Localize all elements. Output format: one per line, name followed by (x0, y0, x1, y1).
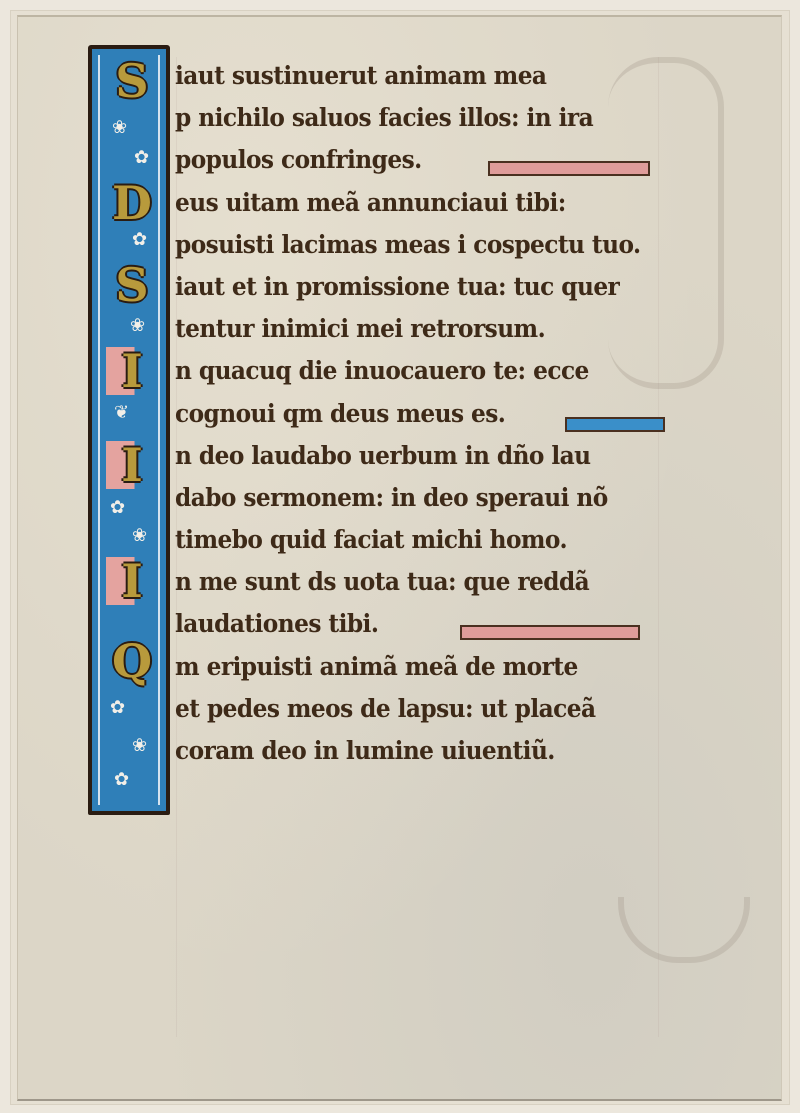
text-line: posuisti lacimas meas i cospectu tuo. (175, 224, 640, 266)
text-line: timebo quid faciat michi homo. (175, 519, 640, 561)
white-vine-ornament-icon: ❀ (132, 527, 147, 545)
line-filler-pink (488, 161, 650, 176)
text-line: eus uitam meã annunciaui tibi: (175, 182, 640, 224)
line-filler-blue (565, 417, 665, 432)
white-vine-ornament-icon: ✿ (134, 149, 149, 167)
gold-initial-s: S (106, 57, 158, 105)
text-line: iaut sustinuerut animam mea (175, 55, 640, 97)
gold-initial-i: I (106, 347, 158, 395)
white-rule-line (158, 55, 160, 805)
white-rule-line (98, 55, 100, 805)
text-line: coram deo in lumine uiuentiũ. (175, 730, 640, 772)
text-line: dabo sermonem: in deo speraui nõ (175, 477, 640, 519)
text-line: n deo laudabo uerbum in dño lau (175, 435, 640, 477)
white-vine-ornament-icon: ✿ (132, 231, 147, 249)
white-vine-ornament-icon: ✿ (110, 499, 125, 517)
text-line: m eripuisti animã meã de morte (175, 646, 640, 688)
text-line: p nichilo saluos facies illos: in ira (175, 97, 640, 139)
white-vine-ornament-icon: ✿ (114, 771, 129, 789)
gold-initial-i: I (106, 557, 158, 605)
illuminated-initials-border: S ❀ ✿ D ✿ S ❀ I ❦ I ✿ ❀ I Q ✿ ❀ ✿ (88, 45, 170, 815)
text-line: et pedes meos de lapsu: ut placeã (175, 688, 640, 730)
white-vine-ornament-icon: ✿ (110, 699, 125, 717)
text-line: iaut et in promissione tua: tuc quer (175, 266, 640, 308)
gold-initial-q: Q (106, 637, 158, 685)
white-vine-ornament-icon: ❀ (130, 317, 145, 335)
show-through-mark (618, 897, 750, 963)
line-filler-pink (460, 625, 640, 640)
gold-initial-i: I (106, 441, 158, 489)
gold-initial-s: S (106, 261, 158, 309)
white-vine-ornament-icon: ❀ (132, 737, 147, 755)
white-vine-ornament-icon: ❀ (112, 119, 127, 137)
text-line: n quacuq die inuocauero te: ecce (175, 350, 640, 392)
text-line: n me sunt ds uota tua: que reddã (175, 561, 640, 603)
white-vine-ornament-icon: ❦ (114, 404, 129, 422)
text-line: tentur inimici mei retrorsum. (175, 308, 640, 350)
gold-initial-d: D (106, 179, 158, 227)
